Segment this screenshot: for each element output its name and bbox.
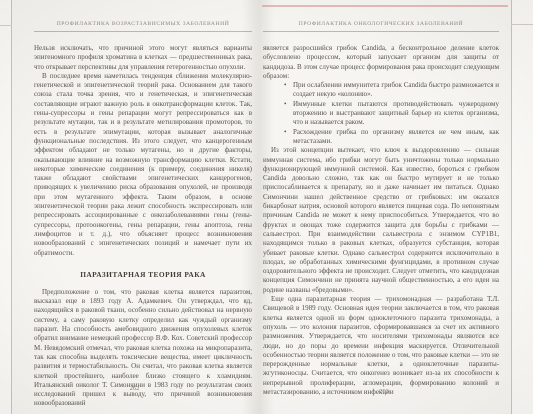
left-page-content: ПРОФИЛАКТИКА ВОЗРАСТЗАВИСИМЫХ ЗАБОЛЕВАНИ…: [12, 0, 257, 409]
right-intro-paragraph: является разросшийся грибок Candida, а б…: [263, 44, 499, 81]
left-running-head: ПРОФИЛАКТИКА ВОЗРАСТЗАВИСИМЫХ ЗАБОЛЕВАНИ…: [34, 20, 252, 28]
page-stack-edge-left: [0, 25, 12, 26]
right-paragraph-2: Из этой концепции вытекает, что ключ к в…: [263, 146, 499, 295]
bullet-item-3: Расхождение грибка по организму является…: [293, 128, 499, 147]
left-paragraph-1: Нельзя исключать, что причиной этого мог…: [34, 44, 252, 72]
right-page-number: 263: [257, 388, 511, 395]
right-paragraph-3: Еще одна паразитарная теория — трихомона…: [263, 295, 499, 397]
page-stack-edge-right: [511, 24, 533, 25]
bullet-item-1: При ослаблении иммунитета грибок Candida…: [293, 81, 499, 100]
right-page: ПРОФИЛАКТИКА ОНКОЛОГИЧЕСКИХ ЗАБОЛЕВАНИЙ …: [257, 0, 512, 414]
right-running-head: ПРОФИЛАКТИКА ОНКОЛОГИЧЕСКИХ ЗАБОЛЕВАНИЙ: [263, 20, 499, 28]
left-page: ПРОФИЛАКТИКА ВОЗРАСТЗАВИСИМЫХ ЗАБОЛЕВАНИ…: [11, 0, 257, 414]
left-paragraph-2: В последнее время наметилась тенденция с…: [34, 72, 252, 258]
left-head-rule: [34, 31, 252, 32]
right-page-content: ПРОФИЛАКТИКА ОНКОЛОГИЧЕСКИХ ЗАБОЛЕВАНИЙ …: [257, 0, 511, 397]
page-top-edge-tint: [262, 5, 508, 7]
candida-bullet-list: При ослаблении иммунитета грибок Candida…: [263, 81, 499, 146]
left-page-number: 262: [12, 385, 257, 392]
bullet-item-2: Иммунные клетки пытаются противодействов…: [293, 100, 499, 128]
section-heading: ПАРАЗИТАРНАЯ ТЕОРИЯ РАКА: [34, 270, 252, 279]
book-spread-photo: ПРОФИЛАКТИКА ВОЗРАСТЗАВИСИМЫХ ЗАБОЛЕВАНИ…: [0, 0, 533, 414]
right-head-rule: [263, 31, 499, 32]
